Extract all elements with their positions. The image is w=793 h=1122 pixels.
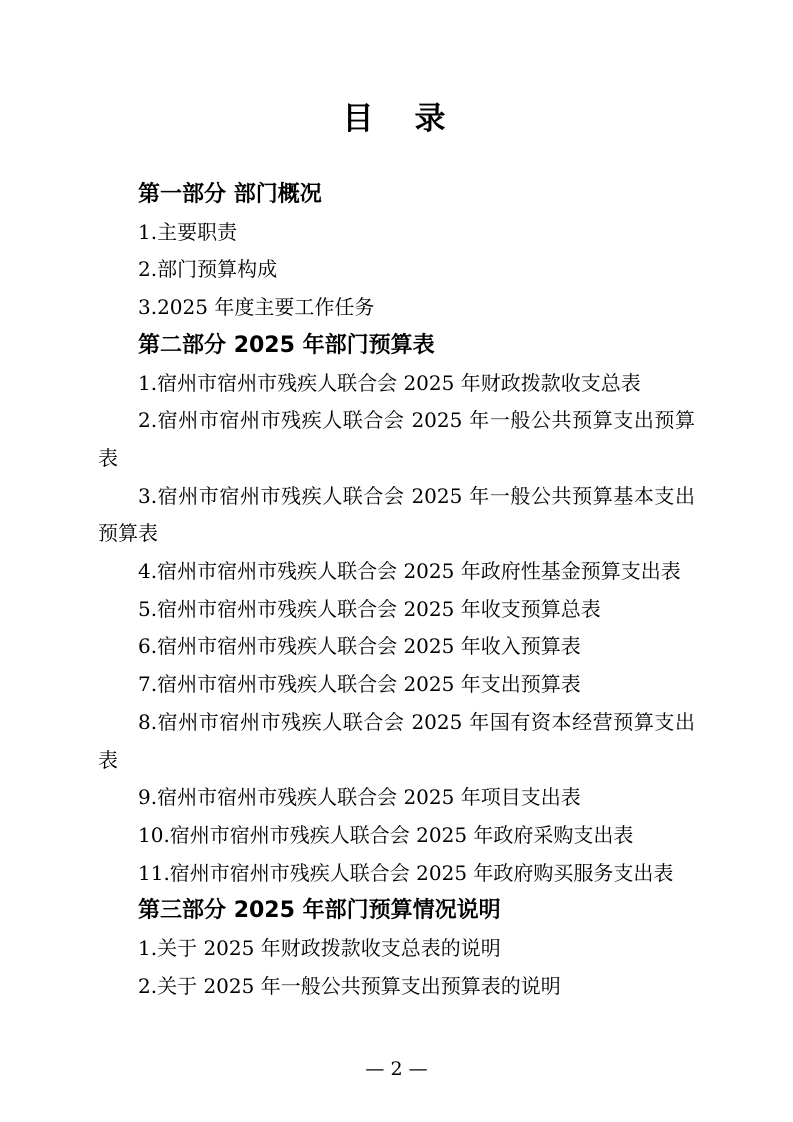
toc-item: 10.宿州市宿州市残疾人联合会 2025 年政府采购支出表 (98, 817, 695, 855)
toc-item: 5.宿州市宿州市残疾人联合会 2025 年收支预算总表 (98, 591, 695, 629)
toc-item: 2.宿州市宿州市残疾人联合会 2025 年一般公共预算支出预算表 (98, 402, 695, 477)
toc-item: 7.宿州市宿州市残疾人联合会 2025 年支出预算表 (98, 666, 695, 704)
toc-item: 2.关于 2025 年一般公共预算支出预算表的说明 (98, 968, 695, 1006)
page-footer: — 2 — (0, 1058, 793, 1080)
section-heading-part3: 第三部分 2025 年部门预算情况说明 (98, 892, 695, 930)
toc-item: 1.关于 2025 年财政拨款收支总表的说明 (98, 930, 695, 968)
page-number: — 2 — (365, 1058, 427, 1080)
section-heading-part2: 第二部分 2025 年部门预算表 (98, 327, 695, 365)
section-heading-part1: 第一部分 部门概况 (98, 176, 695, 214)
toc-item: 11.宿州市宿州市残疾人联合会 2025 年政府购买服务支出表 (98, 855, 695, 893)
document-page: 目 录 第一部分 部门概况 1.主要职责 2.部门预算构成 3.2025 年度主… (0, 0, 793, 1122)
toc-item: 1.主要职责 (98, 214, 695, 252)
toc-item: 9.宿州市宿州市残疾人联合会 2025 年项目支出表 (98, 779, 695, 817)
toc-item: 8.宿州市宿州市残疾人联合会 2025 年国有资本经营预算支出表 (98, 704, 695, 779)
toc-item: 3.2025 年度主要工作任务 (98, 289, 695, 327)
toc-item: 1.宿州市宿州市残疾人联合会 2025 年财政拨款收支总表 (98, 365, 695, 403)
toc-item: 3.宿州市宿州市残疾人联合会 2025 年一般公共预算基本支出预算表 (98, 478, 695, 553)
page-title: 目 录 (0, 93, 793, 138)
toc-item: 6.宿州市宿州市残疾人联合会 2025 年收入预算表 (98, 628, 695, 666)
table-of-contents: 第一部分 部门概况 1.主要职责 2.部门预算构成 3.2025 年度主要工作任… (98, 176, 695, 1005)
toc-item: 2.部门预算构成 (98, 251, 695, 289)
toc-item: 4.宿州市宿州市残疾人联合会 2025 年政府性基金预算支出表 (98, 553, 695, 591)
